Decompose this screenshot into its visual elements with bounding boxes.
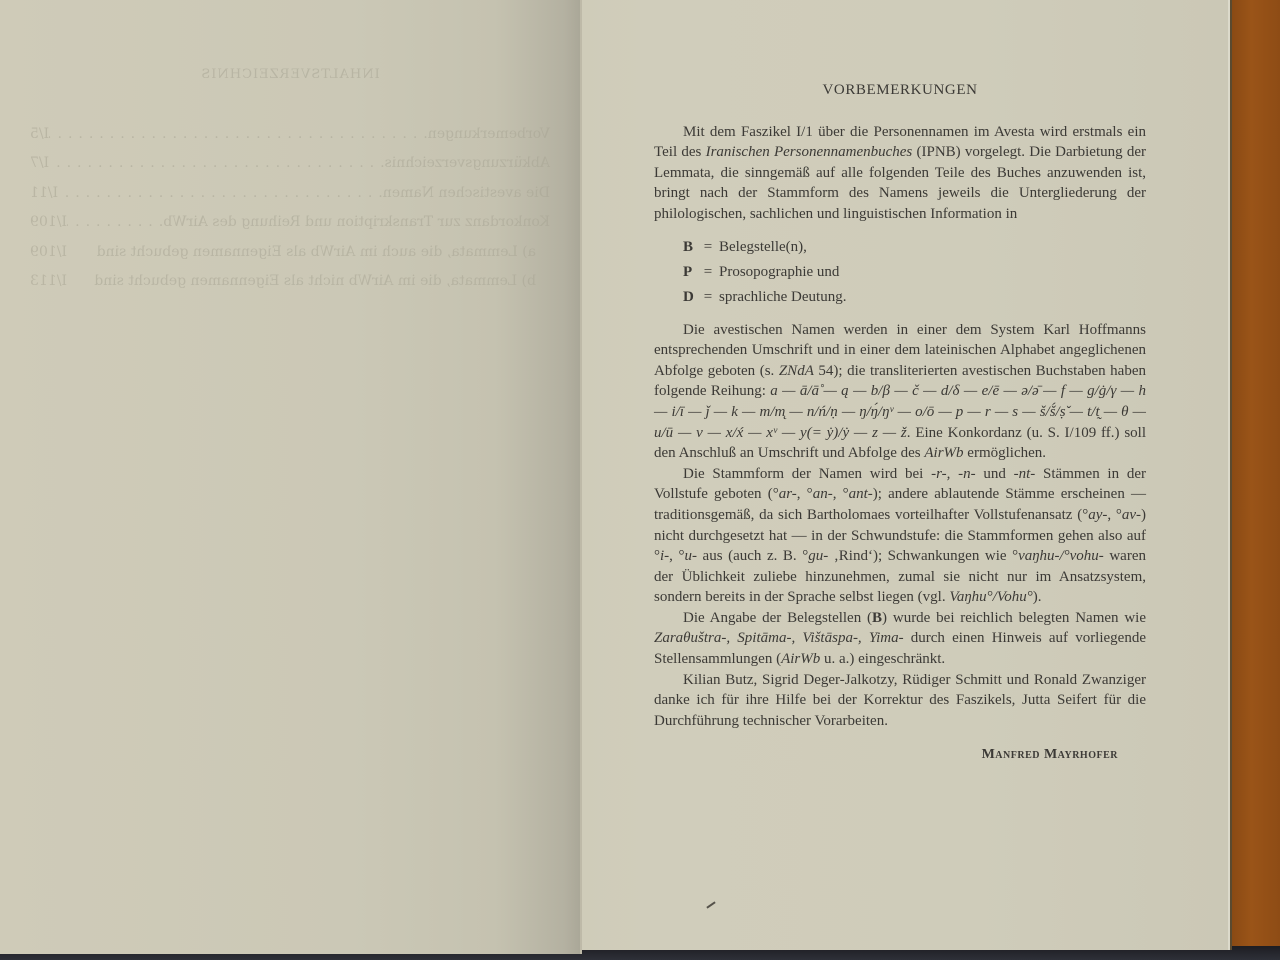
bleed-toc-subentry: b) Lemmata, die im AirWb nicht als Eigen… xyxy=(30,267,550,297)
bleed-toc-entry: Konkordanz zur Transkription und Reihung… xyxy=(30,208,550,238)
wooden-desk-surface xyxy=(1232,0,1280,960)
bleed-toc-entry: Die avestischen Namen ..................… xyxy=(30,179,550,209)
paragraph-references: Die Angabe der Belegstellen (B) wurde be… xyxy=(654,608,1146,670)
definition-item: D=sprachliche Deutung. xyxy=(683,285,1146,310)
right-page-recto: VORBEMERKUNGEN Mit dem Faszikel I/1 über… xyxy=(582,0,1230,950)
page-title: VORBEMERKUNGEN xyxy=(654,80,1146,101)
paragraph-intro: Mit dem Faszikel I/1 über die Personenna… xyxy=(654,122,1146,225)
bleed-through-table-of-contents: INHALTSVERZEICHNIS Vorbemerkungen ......… xyxy=(30,60,550,297)
paragraph-transliteration: Die avestischen Namen werden in einer de… xyxy=(654,320,1146,464)
bleed-toc-subentry: a) Lemmata, die auch im AirWb als Eigenn… xyxy=(30,238,550,268)
definition-item: B=Belegstelle(n), xyxy=(683,235,1146,260)
paragraph-stem-forms: Die Stammform der Namen wird bei -r-, -n… xyxy=(654,464,1146,608)
paragraph-acknowledgements: Kilian Butz, Sigrid Deger-Jalkotzy, Rüdi… xyxy=(654,670,1146,732)
page-text-block: VORBEMERKUNGEN Mit dem Faszikel I/1 über… xyxy=(654,80,1146,766)
author-signature: Manfred Mayrhofer xyxy=(654,745,1146,766)
bleed-toc-entry: Abkürzungsverzeichnis ..................… xyxy=(30,149,550,179)
bleed-toc-entry: Vorbemerkungen .........................… xyxy=(30,120,550,150)
left-page-verso: INHALTSVERZEICHNIS Vorbemerkungen ......… xyxy=(0,0,582,954)
pencil-mark xyxy=(706,901,715,908)
definition-list: B=Belegstelle(n), P=Prosopographie und D… xyxy=(683,235,1146,310)
bleed-toc-title: INHALTSVERZEICHNIS xyxy=(30,60,550,90)
definition-item: P=Prosopographie und xyxy=(683,260,1146,285)
